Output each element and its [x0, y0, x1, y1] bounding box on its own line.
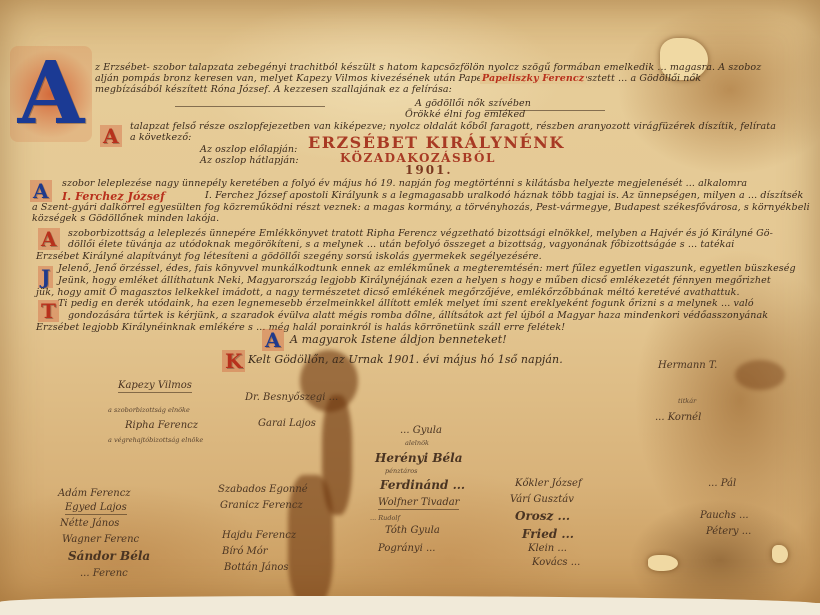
signature: Wolfner Tivadar	[378, 497, 459, 510]
header-line-2: alján pompás bronz keresen van, melyet K…	[95, 73, 701, 84]
signature: Kapezy Vilmos	[118, 380, 192, 393]
signature-role: pénztáros	[385, 467, 417, 475]
torn-spot	[772, 545, 788, 563]
column-front-label: Az oszlop előlapján:	[200, 144, 297, 155]
torn-bottom-edge	[0, 596, 820, 615]
signature: Nétte János	[60, 518, 119, 529]
signature: Klein ...	[528, 543, 567, 554]
signature: Dr. Besnyőszegi ...	[245, 392, 338, 403]
illuminated-initial: A	[10, 46, 92, 142]
signature: Tóth Gyula	[385, 525, 440, 536]
body1-line-2-rest: I. Ferchez József apostoli Királyunk s a…	[205, 190, 803, 201]
signature: Hermann T.	[658, 360, 717, 371]
blessing-line: A magyarok Istene áldjon benneteket!	[290, 333, 507, 346]
body2-line-3: Erzsébet Királyné alapítványt fog létesí…	[36, 251, 542, 262]
body2-line-6: jük, hogy amit Ő magasztos lelkekkel imá…	[36, 287, 740, 298]
signature-role: a szoborbizottság elnöke	[108, 406, 190, 414]
body2-line-8: gondozására tűrtek is kérjünk, a szarado…	[68, 310, 768, 321]
signature: Egyed Lajos	[65, 502, 127, 515]
drop-cap-body1: A	[30, 180, 52, 202]
signature-role: titkár	[678, 397, 696, 405]
brown-stain	[735, 360, 785, 390]
signature: Wagner Ferenc	[62, 534, 139, 545]
drop-cap-blessing: A	[262, 329, 284, 351]
body2-line-5: Jeünk, hogy emléket állíthatunk Neki, Ma…	[58, 275, 771, 286]
signature: Kőkler József	[515, 478, 582, 489]
header-line-3: megbízásából készített Róna József. A ke…	[95, 84, 452, 95]
signature: Herényi Béla	[375, 451, 462, 465]
signature-role: alelnök	[405, 439, 429, 447]
signature: ... Pál	[708, 478, 736, 489]
inscription-year: 1901.	[405, 163, 453, 177]
drop-cap-jelen: J	[38, 266, 53, 288]
signature: Hajdu Ferencz	[222, 530, 296, 541]
body2-line-2: döllői élete tüvánja az utódoknak megörö…	[68, 239, 734, 250]
verse-line-1: A gödöllői nők szívében	[415, 98, 531, 109]
signature: Sándor Béla	[68, 549, 150, 563]
body1-line-4: községek s Gödöllőnek minden lakója.	[32, 213, 219, 224]
drop-cap-body2: A	[38, 228, 60, 250]
signature: Granicz Ferencz	[220, 500, 303, 511]
pedestal-line-2: a következő:	[130, 132, 191, 143]
drop-cap-kelt: K	[222, 350, 245, 372]
pedestal-line-1: talapzat felső része oszlopfejezetben va…	[130, 121, 776, 132]
signature: Szabados Egonné	[218, 484, 308, 495]
column-back-label: Az oszlop hátlapján:	[200, 155, 299, 166]
body2-line-7: Ti pedig en derék utódaink, ha ezen legn…	[58, 298, 754, 309]
signature: Várí Gusztáv	[510, 494, 574, 505]
signature: Bíró Mór	[222, 546, 268, 557]
signature-role: a végrehajtóbizottság elnöke	[108, 436, 203, 444]
signature: Orosz ...	[515, 509, 570, 523]
signature: ... Ferenc	[80, 568, 128, 579]
signature: Ripha Ferencz	[125, 420, 198, 431]
signature: Adám Ferencz	[58, 488, 131, 499]
body2-line-4: Jelenő, Jenő örzéssel, édes, fais könyvv…	[58, 263, 796, 274]
body2-line-9: Erzsébet legjobb Királynéinknak emlékére…	[36, 322, 565, 333]
decorative-flourish	[175, 106, 325, 109]
signature: Ferdinánd ...	[380, 478, 465, 492]
verse-line-2: Örökké élni fog emléked	[405, 109, 525, 120]
signature: Pauchs ...	[700, 510, 749, 521]
signature: ... Rudolf	[370, 514, 400, 522]
inscription-title: ERZSÉBET KIRÁLYNÉNK	[308, 133, 565, 152]
body1-line-3: a Szent-gyári dalkörrel egyesülten fog k…	[32, 202, 810, 213]
signature: Kovács ...	[532, 557, 580, 568]
drop-cap-pedestal: A	[100, 125, 122, 147]
sculptor-name-highlight: Papeliszky Ferencz	[480, 73, 586, 84]
signature: Pétery ...	[706, 526, 751, 537]
drop-cap-ti: T	[38, 300, 59, 322]
dated-line: Kelt Gödöllőn, az Urnak 1901. évi május …	[248, 353, 563, 366]
body2-line-1: szoborbizottság a leleplezés ünnepére Em…	[68, 228, 773, 239]
signature: Bottán János	[224, 562, 289, 573]
header-line-1: z Erzsébet- szobor talapzata zebegényi t…	[95, 62, 761, 73]
torn-spot	[648, 555, 678, 571]
signature: Fried ...	[522, 527, 574, 541]
signature: Garai Lajos	[258, 418, 316, 429]
signature: ... Gyula	[400, 425, 442, 436]
signature: ... Kornél	[655, 412, 701, 423]
signature: Pogrányi ...	[378, 543, 436, 554]
body1-line-1: szobor leleplezése nagy ünnepély keretéb…	[62, 178, 747, 189]
